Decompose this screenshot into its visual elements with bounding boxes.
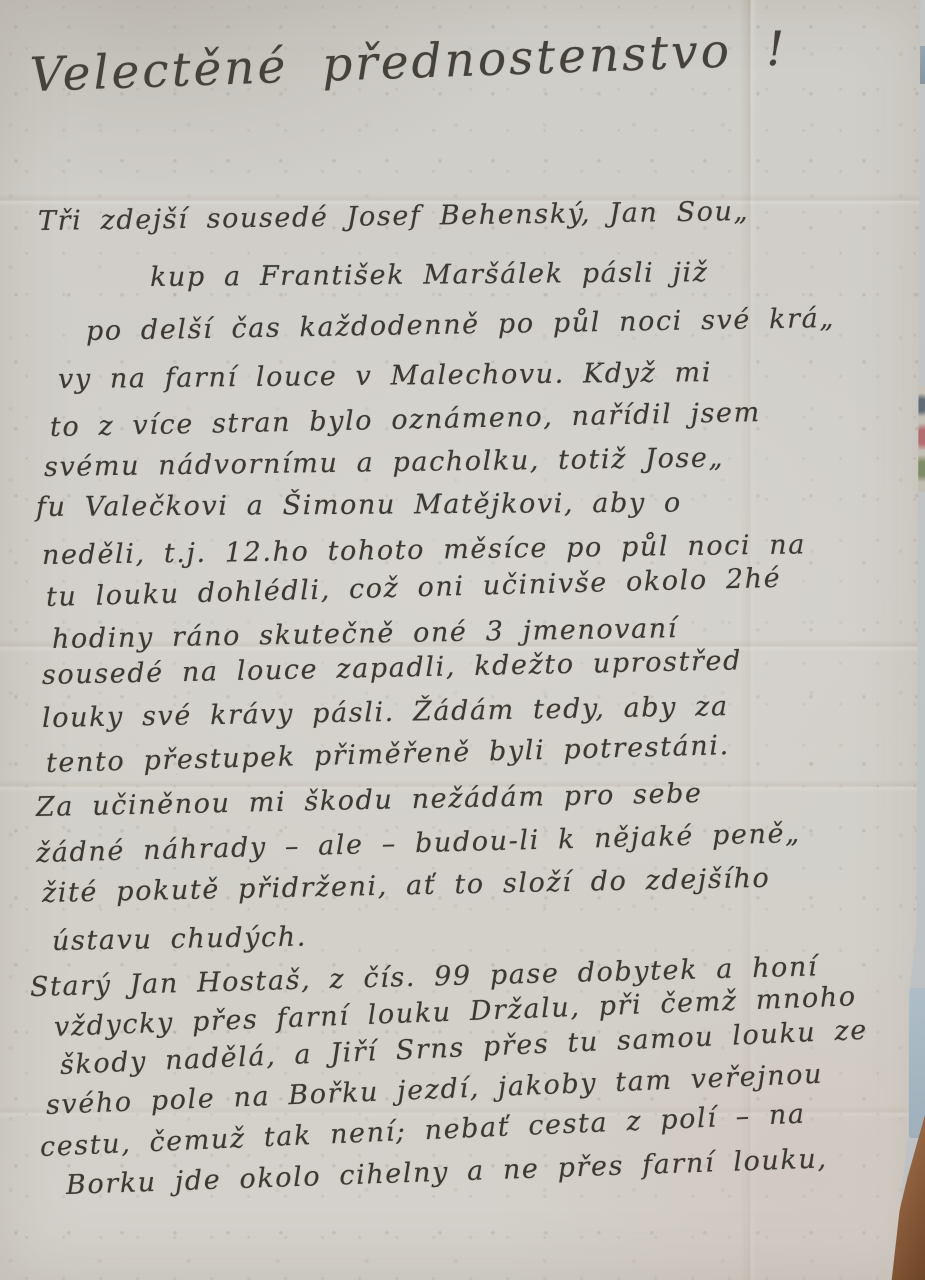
letter-line: vy na farní louce v Malechovu. Když mi bbox=[58, 357, 712, 395]
letter-line: to z více stran bylo oznámeno, nařídil j… bbox=[50, 397, 761, 443]
letter-line: fu Valečkovi a Šimonu Matějkovi, aby o bbox=[36, 487, 682, 523]
letter-line: žité pokutě přidrženi, ať to složí do zd… bbox=[42, 863, 771, 909]
letter-line: žádné náhrady – ale – budou-li k nějaké … bbox=[36, 818, 801, 869]
letter-line: Tři zdejší sousedé Josef Behenský, Jan S… bbox=[38, 196, 750, 237]
letter-line: louky své krávy pásli. Žádám tedy, aby z… bbox=[42, 691, 729, 734]
letter-line: tu louku dohlédli, což oni učinivše okol… bbox=[46, 563, 782, 613]
document-photo: Velectěné přednostenstvo ! Tři zdejší so… bbox=[0, 0, 925, 1280]
letter-line: svému nádvornímu a pacholku, totiž Jose„ bbox=[44, 443, 724, 483]
letter-line: ústavu chudých. bbox=[52, 922, 307, 957]
letter-line: po delší čas každodenně po půl noci své … bbox=[86, 303, 835, 347]
underlying-blue-object bbox=[909, 988, 925, 1138]
letter-line: tento přestupek přiměřeně byli potrestán… bbox=[46, 730, 730, 779]
letter-line: kup a František Maršálek pásli již bbox=[150, 257, 709, 293]
letter-page: Velectěné přednostenstvo ! Tři zdejší so… bbox=[0, 0, 925, 1280]
letter-line: Za učiněnou mi škodu nežádám pro sebe bbox=[36, 778, 703, 823]
letter-salutation: Velectěné přednostenstvo ! bbox=[29, 22, 789, 103]
